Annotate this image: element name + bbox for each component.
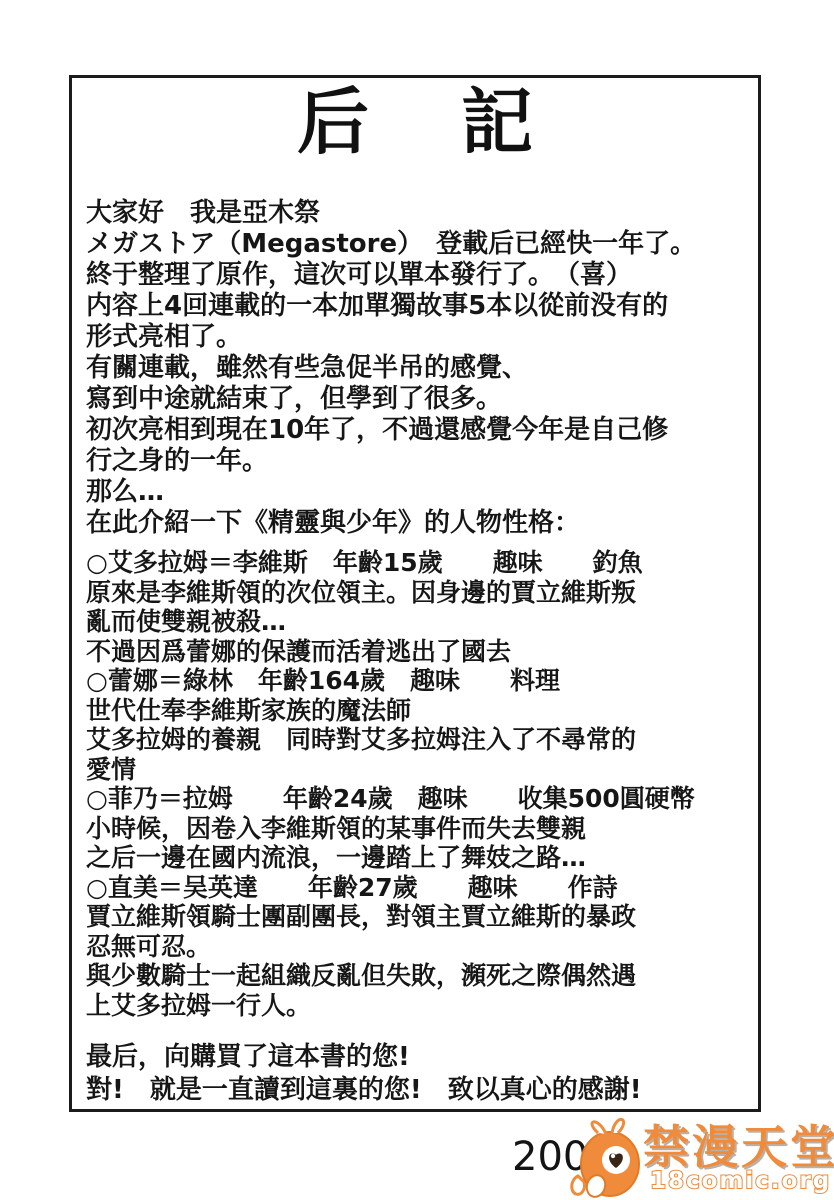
text-line: 對! 就是一直讀到這裏的您! 致以真心的感謝! (86, 1074, 750, 1107)
text-line: 大家好 我是亞木祭 (86, 198, 750, 229)
text-line: 上艾多拉姆一行人。 (86, 991, 750, 1021)
peach-mascot-icon (568, 1114, 644, 1200)
text-line: 在此介紹一下《精靈與少年》的人物性格： (86, 508, 750, 539)
text-line: 行之身的一年。 (86, 446, 750, 477)
text-line: 艾多拉姆的養親 同時對艾多拉姆注入了不尋常的 (86, 725, 750, 755)
text-line: 之后一邊在國内流浪，一邊踏上了舞妓之路… (86, 843, 750, 873)
text-line: 不過因爲蕾娜的保護而活着逃出了國去 (86, 637, 750, 667)
text-line: 有關連載，雖然有些急促半吊的感覺、 (86, 353, 750, 384)
text-line: 寫到中途就結束了，但學到了很多。 (86, 384, 750, 415)
text-line: 小時候，因卷入李維斯領的某事件而失去雙親 (86, 814, 750, 844)
afterword-box: 后 記 大家好 我是亞木祭メガストア（Megastore） 登載后已經快一年了。… (69, 75, 761, 1112)
watermark-logo: 2005 禁漫天堂 18comic.org (508, 1112, 834, 1200)
intro-paragraph: 大家好 我是亞木祭メガストア（Megastore） 登載后已經快一年了。終于整理… (86, 198, 750, 539)
text-line: 形式亮相了。 (86, 322, 750, 353)
text-line: 終于整理了原作，這次可以單本發行了。 （喜） (86, 260, 750, 291)
text-line: ○艾多拉姆＝李維斯 年齡15歲 趣味 釣魚 (86, 548, 750, 578)
text-line: 世代仕奉李維斯家族的魔法師 (86, 696, 750, 726)
title-char-left: 后 (297, 86, 369, 158)
character-profiles: ○艾多拉姆＝李維斯 年齡15歲 趣味 釣魚原來是李維斯領的次位領主。因身邊的賈立… (86, 548, 750, 1020)
text-line: メガストア（Megastore） 登載后已經快一年了。 (86, 229, 750, 260)
text-line: ○直美＝吴英達 年齡27歲 趣味 作詩 (86, 873, 750, 903)
text-line: ○菲乃＝拉姆 年齡24歲 趣味 收集500圓硬幣 (86, 784, 750, 814)
title-char-right: 記 (461, 86, 533, 158)
text-line: 忍無可忍。 (86, 932, 750, 962)
closing-paragraph: 最后，向購買了這本書的您!對! 就是一直讀到這裏的您! 致以真心的感謝! (86, 1041, 750, 1107)
text-line: 賈立維斯領騎士團副團長，對領主賈立維斯的暴政 (86, 902, 750, 932)
text-line: 亂而使雙親被殺… (86, 607, 750, 637)
manga-afterword-page: 后 記 大家好 我是亞木祭メガストア（Megastore） 登載后已經快一年了。… (0, 0, 834, 1200)
text-line: 愛情 (86, 755, 750, 785)
watermark-site-url: 18comic.org (650, 1170, 831, 1193)
text-line: 初次亮相到現在10年了，不過還感覺今年是自己修 (86, 415, 750, 446)
text-line: 原來是李維斯領的次位領主。因身邊的賈立維斯叛 (86, 578, 750, 608)
page-title: 后 記 (72, 86, 758, 158)
text-line: 最后，向購買了這本書的您! (86, 1041, 750, 1074)
text-line: 内容上4回連載的一本加單獨故事5本以從前没有的 (86, 291, 750, 322)
text-line: ○蕾娜＝綠林 年齡164歲 趣味 料理 (86, 666, 750, 696)
text-line: 與少數騎士一起組織反亂但失敗，瀕死之際偶然遇 (86, 961, 750, 991)
watermark-site-name: 禁漫天堂 (643, 1124, 834, 1170)
text-line: 那么… (86, 477, 750, 508)
